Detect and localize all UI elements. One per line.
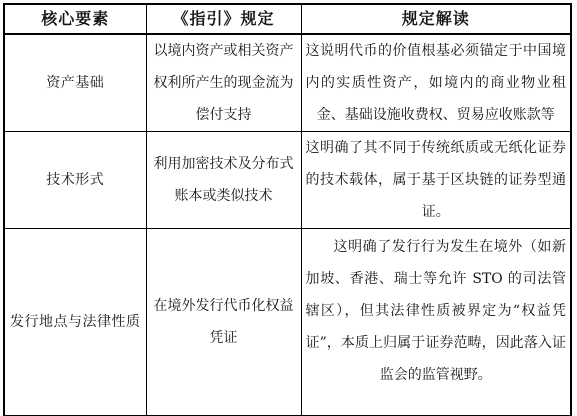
cell-element-technical-form: 技术形式 [4, 132, 146, 229]
cell-interpretation-asset-basis: 这说明代币的价值根基必须锚定于中国境内的实质性资产，如境内的商业物业租金、基础设… [301, 34, 571, 132]
cell-provision-issuance-legal-nature: 在境外发行代币化权益凭证 [146, 229, 301, 416]
cell-interpretation-issuance-legal-nature: 这明确了发行行为发生在境外（如新加坡、香港、瑞士等允许 STO 的司法管辖区），… [301, 229, 571, 416]
cell-interpretation-technical-form: 这明确了其不同于传统纸质或无纸化证券的技术载体，属于基于区块链的证券型通证。 [301, 132, 571, 229]
header-interpretation: 规定解读 [301, 4, 571, 34]
sto-guideline-table: 核心要素 《指引》规定 规定解读 资产基础 以境内资产或相关资产权利所产生的现金… [3, 3, 572, 416]
table-row-asset-basis: 资产基础 以境内资产或相关资产权利所产生的现金流为偿付支持 这说明代币的价值根基… [4, 34, 571, 132]
table-row-technical-form: 技术形式 利用加密技术及分布式账本或类似技术 这明确了其不同于传统纸质或无纸化证… [4, 132, 571, 229]
document-page: 核心要素 《指引》规定 规定解读 资产基础 以境内资产或相关资产权利所产生的现金… [0, 0, 577, 416]
cell-provision-asset-basis: 以境内资产或相关资产权利所产生的现金流为偿付支持 [146, 34, 301, 132]
header-guideline-provision: 《指引》规定 [146, 4, 301, 34]
cell-provision-technical-form: 利用加密技术及分布式账本或类似技术 [146, 132, 301, 229]
table-row-issuance-legal-nature: 发行地点与法律性质 在境外发行代币化权益凭证 这明确了发行行为发生在境外（如新加… [4, 229, 571, 416]
header-core-element: 核心要素 [4, 4, 146, 34]
table-header-row: 核心要素 《指引》规定 规定解读 [4, 4, 571, 34]
cell-element-asset-basis: 资产基础 [4, 34, 146, 132]
cell-element-issuance-legal-nature: 发行地点与法律性质 [4, 229, 146, 416]
